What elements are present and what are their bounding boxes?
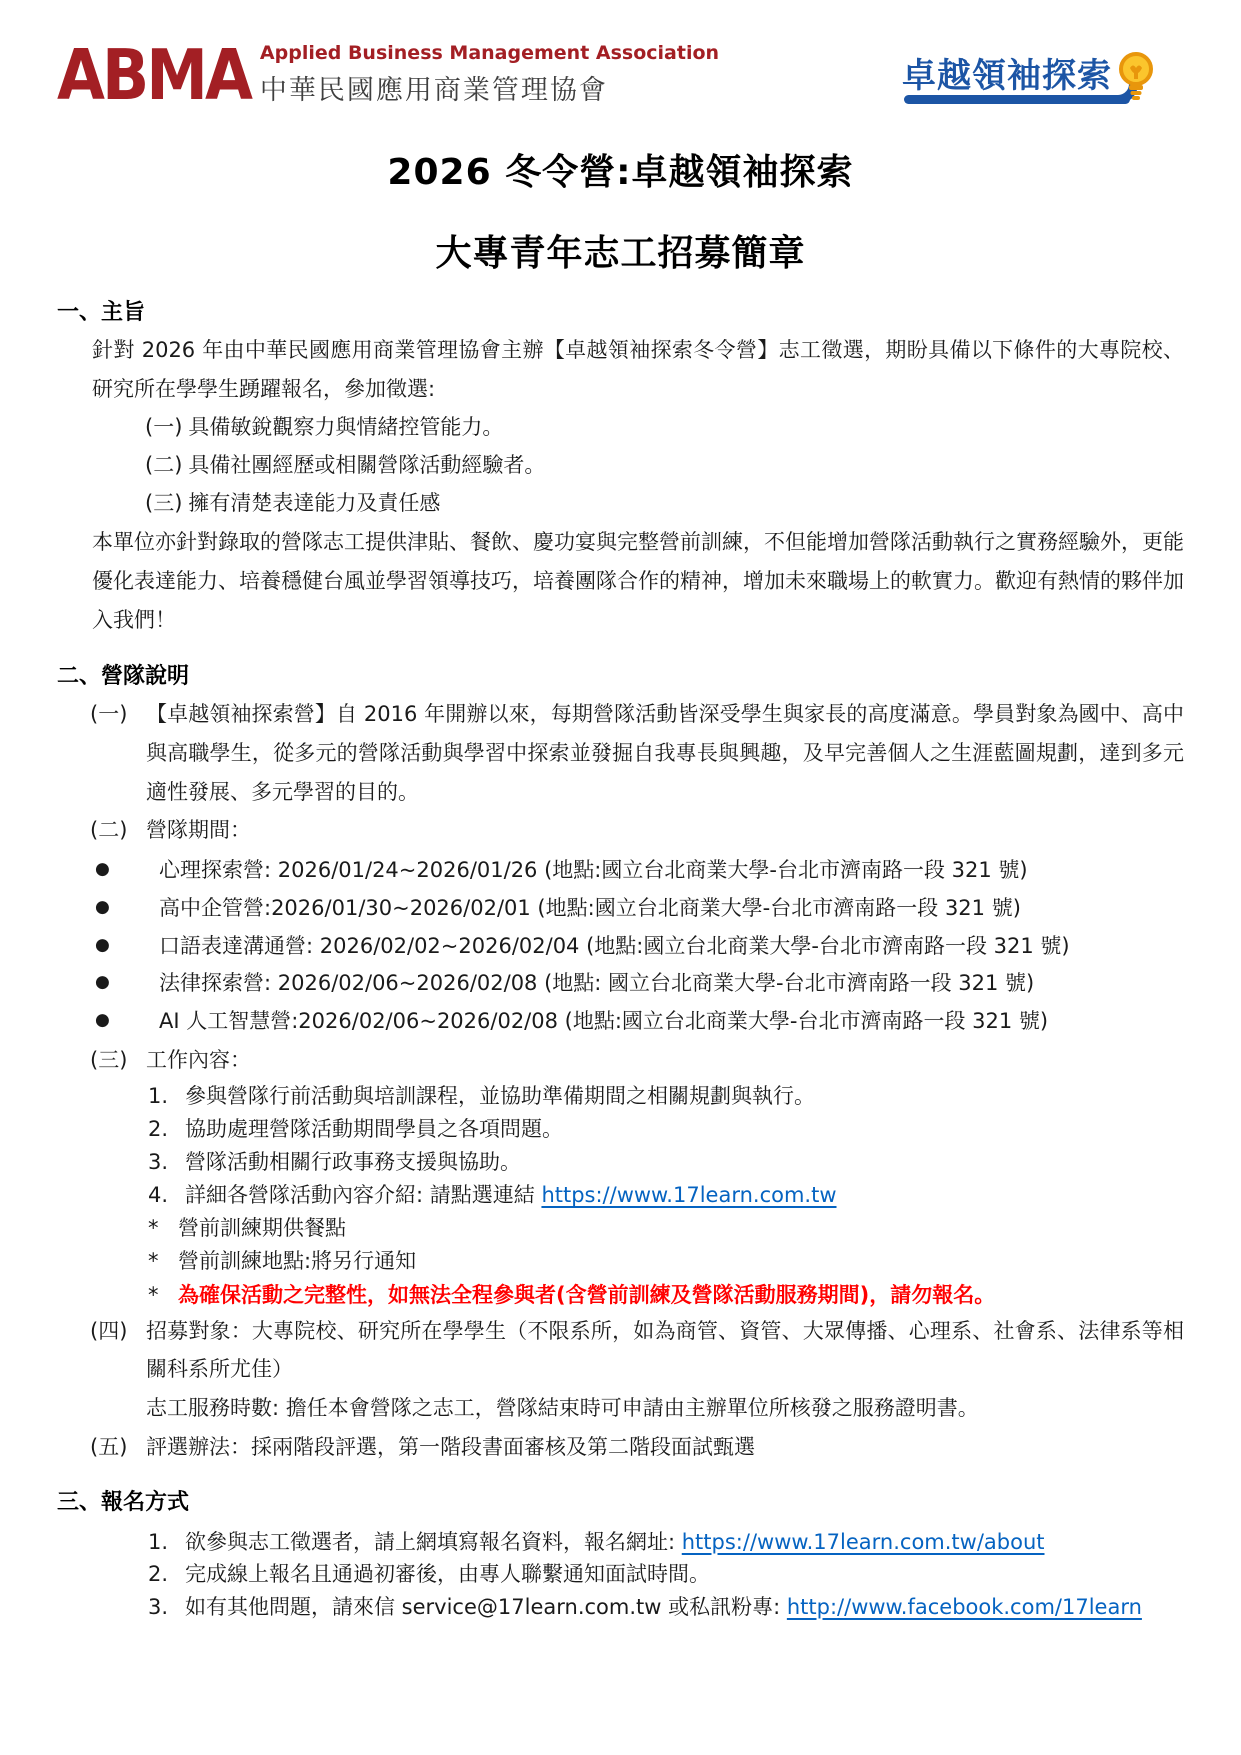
camp-logo: 卓越領袖探索 — [902, 48, 1156, 110]
condition-item: (一)具備敏銳觀察力與情緒控管能力。 — [145, 409, 1184, 447]
swoosh-underline — [904, 95, 1130, 104]
condition-item: (二)具備社團經歷或相關營隊活動經驗者。 — [145, 447, 1184, 485]
task-number: 4. — [148, 1179, 185, 1212]
condition-label: (一) — [145, 415, 182, 439]
signup-step: 1. 欲參與志工徵選者，請上網填寫報名資料，報名網址: https://www.… — [148, 1526, 1184, 1559]
asterisk-mark: * — [148, 1245, 178, 1278]
camp-schedule-text: 口語表達溝通營: 2026/02/02~2026/02/04 (地點:國立台北商… — [159, 928, 1070, 966]
task-row: 1. 參與營隊行前活動與培訓課程，並協助準備期間之相關規劃與執行。 — [148, 1080, 1184, 1113]
section2-heading: 二、營隊說明 — [57, 658, 1184, 695]
task-row: 2. 協助處理營隊活動期間學員之各項問題。 — [148, 1113, 1184, 1146]
task-row: 4. 詳細各營隊活動內容介紹: 請點選連結 https://www.17lear… — [148, 1179, 1184, 1212]
signup-steps: 1. 欲參與志工徵選者，請上網填寫報名資料，報名網址: https://www.… — [148, 1526, 1184, 1624]
step-number: 3. — [148, 1591, 185, 1624]
camp-info-link[interactable]: https://www.17learn.com.tw — [541, 1183, 836, 1207]
note-text: 營前訓練地點:將另行通知 — [178, 1245, 416, 1278]
camp-schedule-row: ● AI 人工智慧營:2026/02/06~2026/02/08 (地點:國立台… — [95, 1003, 1184, 1041]
camp-logo-text: 卓越領袖探索 — [902, 56, 1112, 96]
item-label: (二) — [90, 811, 146, 850]
document-title-line1: 2026 冬令營:卓越領袖探索 — [57, 144, 1184, 195]
camp-period-label: 營隊期間： — [146, 811, 1184, 850]
camp-schedule-row: ● 法律探索營: 2026/02/06~2026/02/08 (地點: 國立台北… — [95, 965, 1184, 1003]
condition-label: (三) — [145, 491, 182, 515]
camp-schedule-text: 法律探索營: 2026/02/06~2026/02/08 (地點: 國立台北商業… — [159, 965, 1034, 1003]
task-number: 1. — [148, 1080, 185, 1113]
header-logos: ABMA Applied Business Management Associa… — [57, 36, 1184, 128]
camp-schedule-text: 心理探索營: 2026/01/24~2026/01/26 (地點:國立台北商業大… — [159, 852, 1028, 890]
signup-step: 3. 如有其他問題，請來信 service@17learn.com.tw 或私訊… — [148, 1591, 1184, 1624]
camp-intro-text: 【卓越領袖探索營】自 2016 年開辦以來，每期營隊活動皆深受學生與家長的高度滿… — [146, 695, 1184, 811]
camp-schedule-list: ● 心理探索營: 2026/01/24~2026/01/26 (地點:國立台北商… — [57, 852, 1184, 1041]
note-row: * 營前訓練期供餐點 — [148, 1212, 1184, 1245]
document-page: ABMA Applied Business Management Associa… — [0, 0, 1241, 1755]
selection-method-text: 評選辦法：採兩階段評選，第一階段書面審核及第二階段面試甄選 — [146, 1428, 1184, 1467]
note-row: * 營前訓練地點:將另行通知 — [148, 1245, 1184, 1278]
work-content-label: 工作內容： — [146, 1041, 1184, 1080]
task-text: 詳細各營隊活動內容介紹: 請點選連結 https://www.17learn.c… — [185, 1179, 837, 1212]
abma-logo: ABMA Applied Business Management Associa… — [57, 36, 719, 107]
camp-schedule-row: ● 口語表達溝通營: 2026/02/02~2026/02/04 (地點:國立台… — [95, 928, 1184, 966]
asterisk-mark: * — [148, 1279, 178, 1312]
camp-intro-item: (一) 【卓越領袖探索營】自 2016 年開辦以來，每期營隊活動皆深受學生與家長… — [90, 695, 1184, 811]
task-text: 營隊活動相關行政事務支援與協助。 — [185, 1146, 521, 1179]
bullet-icon: ● — [95, 890, 159, 928]
camp-schedule-row: ● 高中企管營:2026/01/30~2026/02/01 (地點:國立台北商業… — [95, 890, 1184, 928]
item-label: (四) — [90, 1312, 146, 1428]
step-number: 2. — [148, 1558, 185, 1591]
condition-list: (一)具備敏銳觀察力與情緒控管能力。 (二)具備社團經歷或相關營隊活動經驗者。 … — [145, 409, 1184, 522]
bullet-icon: ● — [95, 928, 159, 966]
signup-link[interactable]: https://www.17learn.com.tw/about — [682, 1530, 1045, 1554]
task-row: 3. 營隊活動相關行政事務支援與協助。 — [148, 1146, 1184, 1179]
signup-step: 2. 完成線上報名且通過初審後，由專人聯繫通知面試時間。 — [148, 1558, 1184, 1591]
selection-method-item: (五) 評選辦法：採兩階段評選，第一階段書面審核及第二階段面試甄選 — [90, 1428, 1184, 1467]
asterisk-mark: * — [148, 1212, 178, 1245]
section1-paragraph1: 針對 2026 年由中華民國應用商業管理協會主辦【卓越領袖探索冬令營】志工徵選，… — [92, 331, 1184, 409]
recruit-target-text: 招募對象：大專院校、研究所在學學生（不限系所，如為商管、資管、大眾傳播、心理系、… — [146, 1312, 1184, 1428]
task-text: 協助處理營隊活動期間學員之各項問題。 — [185, 1113, 563, 1146]
section3-heading: 三、報名方式 — [57, 1484, 1184, 1521]
camp-schedule-text: AI 人工智慧營:2026/02/06~2026/02/08 (地點:國立台北商… — [159, 1003, 1048, 1041]
recruit-target-item: (四) 招募對象：大專院校、研究所在學學生（不限系所，如為商管、資管、大眾傳播、… — [90, 1312, 1184, 1428]
section1-heading: 一、主旨 — [57, 294, 1184, 331]
document-title-line2: 大專青年志工招募簡章 — [57, 225, 1184, 276]
facebook-link[interactable]: http://www.facebook.com/17learn — [787, 1595, 1142, 1619]
note-text: 營前訓練期供餐點 — [178, 1212, 346, 1245]
task-number: 2. — [148, 1113, 185, 1146]
abma-acronym: ABMA — [57, 41, 250, 110]
lightbulb-icon — [1116, 50, 1156, 106]
section1-paragraph2: 本單位亦針對錄取的營隊志工提供津貼、餐飲、慶功宴與完整營前訓練，不但能增加營隊活… — [92, 523, 1184, 640]
condition-item: (三)擁有清楚表達能力及責任感 — [145, 485, 1184, 523]
task-list: 1. 參與營隊行前活動與培訓課程，並協助準備期間之相關規劃與執行。 2. 協助處… — [148, 1080, 1184, 1213]
warning-row: * 為確保活動之完整性，如無法全程參與者(含營前訓練及營隊活動服務期間)，請勿報… — [148, 1279, 1184, 1312]
item-label: (一) — [90, 695, 146, 811]
work-content-item: (三) 工作內容： — [90, 1041, 1184, 1080]
service-hours-text: 志工服務時數: 擔任本會營隊之志工，營隊結束時可申請由主辦單位所核發之服務證明書… — [146, 1396, 979, 1420]
warning-text: 為確保活動之完整性，如無法全程參與者(含營前訓練及營隊活動服務期間)，請勿報名。 — [178, 1279, 995, 1312]
condition-text: 具備敏銳觀察力與情緒控管能力。 — [188, 415, 503, 439]
item-label: (三) — [90, 1041, 146, 1080]
bullet-icon: ● — [95, 965, 159, 1003]
abma-chinese-name: 中華民國應用商業管理協會 — [260, 68, 719, 107]
camp-schedule-text: 高中企管營:2026/01/30~2026/02/01 (地點:國立台北商業大學… — [159, 890, 1021, 928]
step-text: 欲參與志工徵選者，請上網填寫報名資料，報名網址: https://www.17l… — [185, 1526, 1045, 1559]
condition-text: 擁有清楚表達能力及責任感 — [188, 491, 440, 515]
camp-period-item: (二) 營隊期間： — [90, 811, 1184, 850]
abma-names: Applied Business Management Association … — [260, 36, 719, 107]
step-text: 完成線上報名且通過初審後，由專人聯繫通知面試時間。 — [185, 1558, 710, 1591]
abma-english-name: Applied Business Management Association — [260, 42, 719, 64]
step-text: 如有其他問題，請來信 service@17learn.com.tw 或私訊粉專:… — [185, 1591, 1142, 1624]
item-label: (五) — [90, 1428, 146, 1467]
task-text: 參與營隊行前活動與培訓課程，並協助準備期間之相關規劃與執行。 — [185, 1080, 815, 1113]
task-number: 3. — [148, 1146, 185, 1179]
bullet-icon: ● — [95, 852, 159, 890]
condition-text: 具備社團經歷或相關營隊活動經驗者。 — [188, 453, 545, 477]
bullet-icon: ● — [95, 1003, 159, 1041]
step-number: 1. — [148, 1526, 185, 1559]
camp-schedule-row: ● 心理探索營: 2026/01/24~2026/01/26 (地點:國立台北商… — [95, 852, 1184, 890]
condition-label: (二) — [145, 453, 182, 477]
